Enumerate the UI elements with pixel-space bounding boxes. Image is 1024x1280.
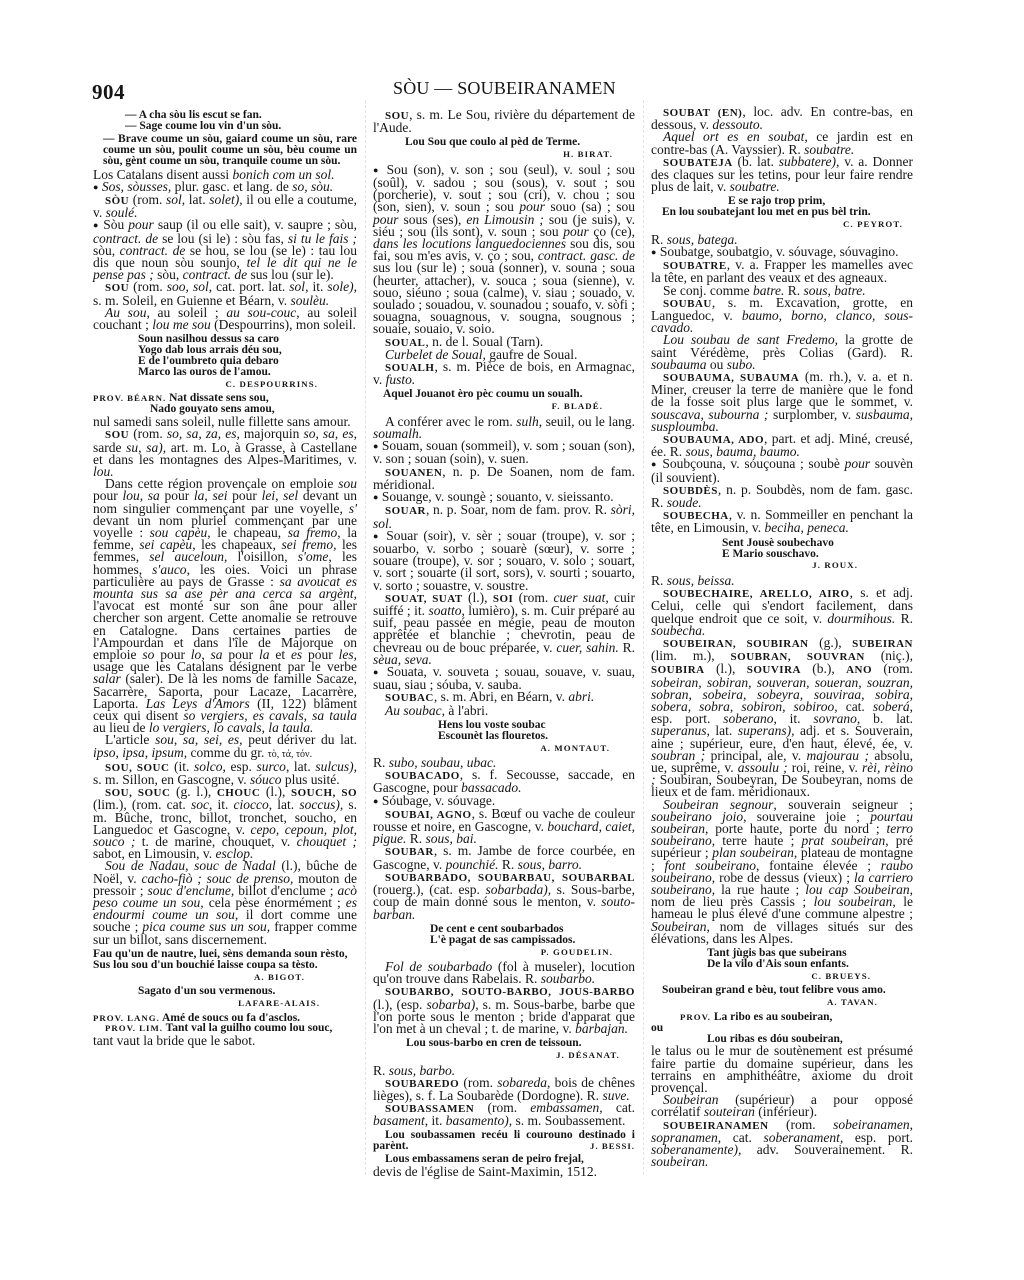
italic-text: basament	[373, 1113, 425, 1128]
bulleted-crossref: ● Soubçouna, v. sóuçouna ; soubè pour so…	[651, 458, 913, 483]
verse-line: Sus lou sou d'un bouchié laisse coupa sa…	[93, 960, 357, 971]
text-run: s. m. Soubassement.	[512, 1113, 625, 1128]
text-run: — Sage coume lou vin d'un sòu.	[125, 120, 281, 132]
small-caps-label: PROV. LANG.	[93, 1013, 160, 1023]
entry-paragraph: SOUBASSAMEN (rom. embassamen, cat. basam…	[373, 1102, 635, 1127]
text-run: , lat.	[182, 192, 209, 207]
entry-paragraph: SOUBATRE, v. a. Frapper les mamelles ave…	[651, 259, 913, 284]
italic-text: soubauma	[651, 357, 707, 372]
column-right: SOUBAT (EN), loc. adv. En contre-bas, en…	[651, 106, 913, 1168]
bullet-icon: ●	[373, 531, 381, 541]
entry-paragraph: Soubeiran (supérieur) a pour opposé corr…	[651, 1094, 913, 1118]
entry-paragraph: Soubeiran segnour, souverain seigneur ; …	[651, 799, 913, 945]
italic-text: barbajan.	[575, 1021, 628, 1036]
italic-text: beciha, peneca.	[764, 520, 848, 535]
italic-text: souteiran	[704, 1104, 755, 1119]
verse-line: PROV. La ribo es au soubeiran,	[651, 1012, 913, 1023]
verse-line: — Sage coume lou vin d'un sòu.	[93, 121, 357, 132]
entry-paragraph: SOUBAUMA, ADO, part. et adj. Miné, creus…	[651, 433, 913, 458]
quote-attribution: A. MONTAUT.	[373, 743, 635, 754]
text-run: , it.	[425, 1113, 446, 1128]
text-run: Souam, souan (sommeil), v. som ; souan (…	[373, 438, 635, 466]
bullet-icon: ●	[93, 182, 98, 192]
verse-quote: PROV. BÉARN. Nat dissate sens sou,Nado g…	[93, 393, 357, 415]
text-run: devis de l'église de Saint-Maximin, 1512…	[373, 1164, 597, 1179]
bulleted-crossref: ● Sòu pour saup (il ou elle sait), v. sa…	[93, 219, 357, 281]
italic-text: sous, barro.	[518, 857, 582, 872]
entry-paragraph: Aquel ort es en soubat, ce jardin est en…	[651, 131, 913, 155]
bullet-icon: ●	[651, 247, 656, 257]
text-run: Souata, v. souveta ; souau, souave, v. s…	[373, 664, 635, 692]
verse-quote: Lou sous-barbo en cren de teissoun.	[373, 1038, 635, 1049]
continuation-paragraph: devis de l'église de Saint-Maximin, 1512…	[373, 1166, 635, 1178]
entry-paragraph: SOUBEIRAN, SOUBIRAN (g.), SUBEIRAN (lim.…	[651, 637, 913, 799]
entry-paragraph: SOU, SOUC (it. solco, esp. surco, lat. s…	[93, 761, 357, 786]
verse-line: Soubeiran grand e bèu, tout felibre vous…	[651, 985, 913, 996]
bullet-icon: ●	[373, 441, 378, 451]
entry-paragraph: SOU, SOUC (g. l.), CHOUC (l.), SOUCH, SO…	[93, 786, 357, 860]
entry-paragraph: SOU (rom. so, sa, za, es, majorquin so, …	[93, 428, 357, 478]
italic-text: abri.	[568, 689, 594, 704]
text-run: R.	[406, 831, 425, 846]
italic-text: dourmihous.	[827, 611, 895, 626]
quote-paragraph: — Brave coume un sòu, gaiard coume un sò…	[93, 134, 357, 167]
quote-paragraph: Lou soubassamen recéu li courouno destin…	[373, 1130, 635, 1152]
italic-text: ipso, ipsa, ipsum,	[93, 745, 187, 760]
italic-text: sous, beissa.	[667, 573, 735, 588]
verse-quote: Hens lou voste soubacEscounèt las floure…	[373, 720, 635, 742]
small-caps-label: PROV.	[680, 1012, 711, 1022]
entry-paragraph: SOUBAI, AGNO, s. Bœuf ou vache de couleu…	[373, 808, 635, 846]
verse-line: Aquel Jouanot èro pèc coumu un soualh.	[373, 389, 635, 400]
text-run: Lou sous-barbo en cren de teissoun.	[406, 1037, 582, 1049]
entry-paragraph: SOUAR, n. p. Soar, nom de fam. prov. R. …	[373, 504, 635, 529]
quote-attribution: J. ROUX.	[651, 560, 913, 571]
italic-text: soubeiran.	[651, 1154, 708, 1169]
continuation-paragraph: tant vaut la bride que le sabot.	[93, 1035, 357, 1047]
quote-attribution: F. BLADÉ.	[373, 401, 635, 412]
italic-text: subo.	[727, 357, 756, 372]
italic-text: sulh	[516, 414, 539, 429]
page-number: 904	[92, 80, 125, 105]
text-run: adv. Souverainement. R.	[741, 1142, 913, 1157]
entry-paragraph: SOUBATEJA (b. lat. subbatere), v. a. Don…	[651, 156, 913, 194]
italic-text: fusto.	[386, 372, 416, 387]
bulleted-crossref: ● Souar (soir), v. sèr ; souar (troupe),…	[373, 530, 635, 592]
italic-text: soubatre.	[730, 179, 780, 194]
verse-quote: — A cha sòu lis escut se fan.— Sage coum…	[93, 110, 357, 132]
entry-paragraph: SOUBACADO, s. f. Secousse, saccade, en G…	[373, 769, 635, 794]
text-run: R.	[373, 755, 389, 770]
verse-quote: Aquel Jouanot èro pèc coumu un soualh.	[373, 389, 635, 400]
entry-paragraph: SOUBAU, s. m. Excavation, grotte, en Lan…	[651, 297, 913, 335]
text-run: , seuil, ou le lang.	[539, 414, 635, 429]
verse-quote: E se rajo trop prim,En lou soubatejant l…	[651, 196, 913, 218]
verse-line: Sagato d'un sou vermenous.	[93, 986, 357, 997]
entry-paragraph: SOUAT, SUAT (l.), SOI (rom. cuer suat, c…	[373, 592, 635, 666]
quote-attribution: H. BIRAT.	[373, 149, 635, 160]
text-run: Escounèt las flouretos.	[438, 730, 548, 742]
verse-quote: Fau qu'un de nautre, luei, sèns demanda …	[93, 949, 357, 971]
entry-paragraph: SOUALH, s. m. Pièce de bois, en Armagnac…	[373, 361, 635, 386]
column-rule	[365, 100, 366, 1175]
small-caps-label: PROV. BÉARN.	[93, 393, 166, 403]
column-middle: SOU, s. m. Le Sou, rivière du départemen…	[373, 109, 635, 1179]
entry-paragraph: SOUBAREDO (rom. sobareda, bois de chênes…	[373, 1077, 635, 1102]
text-run: Sus lou sou d'un bouchié laisse coupa sa…	[93, 959, 318, 971]
bullet-icon: ●	[373, 796, 378, 806]
text-run: , n. p. Soar, nom de fam. prov. R.	[426, 502, 611, 517]
italic-text: soubarbo.	[541, 971, 595, 986]
italic-text: sol	[166, 192, 182, 207]
text-run: R.	[498, 857, 517, 872]
italic-text: Au soubac	[385, 703, 442, 718]
verse-line: Marco las ouros de l'amou.	[93, 367, 357, 378]
entry-paragraph: SOUBAUMA, SUBAUMA (m. rh.), v. a. et n. …	[651, 371, 913, 433]
text-run: tant vaut la bride que le sabot.	[93, 1033, 255, 1048]
quote-attribution: A. TAVAN.	[651, 997, 913, 1008]
entry-paragraph: SOUBARBO, SOUTO-BARBO, JOUS-BARBO (l.), …	[373, 985, 635, 1035]
quote-attribution: C. BRUEYS.	[651, 971, 913, 982]
entry-paragraph: SÒU (rom. sol, lat. solet), il ou elle a…	[93, 194, 357, 219]
text-run: ou	[651, 1022, 663, 1034]
quote-attribution: LAFARE-ALAIS.	[93, 998, 357, 1009]
dictionary-page: 904 SÒU — SOUBEIRANAMEN — A cha sòu lis …	[0, 0, 1024, 1280]
entry-paragraph: SOUBECHA, v. n. Sommeiller en penchant l…	[651, 509, 913, 534]
verse-quote: Soubeiran grand e bèu, tout felibre vous…	[651, 985, 913, 996]
text-run: — Brave coume un sòu, gaiard coume un sò…	[103, 133, 357, 167]
text-run: R.	[895, 611, 913, 626]
italic-text: pounchié.	[446, 857, 499, 872]
text-run: , à l'abri.	[442, 703, 489, 718]
text-run: ou	[707, 357, 727, 372]
bulleted-crossref: ● Sou (son), v. son ; sou (seul), v. sou…	[373, 164, 635, 336]
entry-paragraph: SOUBARBADO, SOUBARBAU, SOUBARBAL (rouerg…	[373, 871, 635, 921]
text-run: Lou Sou que coulo al pèd de Terme.	[405, 136, 580, 148]
verse-line: Escounèt las flouretos.	[373, 731, 635, 742]
text-run: R.	[651, 573, 667, 588]
entry-paragraph: Fol de soubarbado (fol à museler), locut…	[373, 961, 635, 985]
bulleted-crossref: ● Souam, souan (sommeil), v. som ; souan…	[373, 440, 635, 465]
verse-line: Lou sous-barbo en cren de teissoun.	[373, 1038, 635, 1049]
column-left: — A cha sòu lis escut se fan.— Sage coum…	[93, 107, 357, 1048]
text-run: Marco las ouros de l'amou.	[138, 366, 271, 378]
quote-attribution: J. BESSI.	[590, 1141, 635, 1152]
text-run: , s. m. Le Sou, rivière du département d…	[373, 107, 635, 135]
entry-paragraph: SOUBAR, s. m. Jambe de force courbée, en…	[373, 845, 635, 870]
italic-text: sole),	[327, 279, 357, 294]
text-run: De la vilo d'Ais soun enfants.	[707, 958, 849, 970]
entry-paragraph: SOUANEN, n. p. De Soanen, nom de fam. mé…	[373, 466, 635, 491]
italic-text: soude.	[667, 495, 702, 510]
text-run: (Despourrins), mon soleil.	[211, 317, 356, 332]
italic-text: cuer, sahin.	[556, 640, 618, 655]
text-run: comme du gr.	[187, 745, 268, 760]
text-run: Soubeiran grand e bèu, tout felibre vous…	[662, 984, 886, 996]
bullet-icon: ●	[373, 667, 381, 677]
running-head: SÒU — SOUBEIRANAMEN	[393, 78, 616, 99]
text-run: (g.),	[809, 635, 853, 650]
bullet-icon: ●	[373, 492, 378, 502]
text-run: Aquel Jouanot èro pèc coumu un soualh.	[383, 388, 582, 400]
verse-line: E Mario souschavo.	[651, 549, 913, 560]
entry-paragraph: L'article sou, sa, sei, es, peut dériver…	[93, 734, 357, 760]
text-run: surplomber, v.	[768, 407, 855, 422]
text-run: En lou soubatejant lou met en pus bèl tr…	[662, 206, 871, 218]
verse-quote: Soun nasilhou dessus sa caroYogo dab lou…	[93, 334, 357, 378]
entry-paragraph: A conférer avec le rom. sulh, seuil, ou …	[373, 416, 635, 440]
entry-paragraph: Au soubac, à l'abri.	[373, 705, 635, 717]
entry-paragraph: SOUBDÈS, n. p. Soubdès, nom de fam. gasc…	[651, 484, 913, 509]
verse-quote: De cent e cent soubarbadosL'è pagat de s…	[373, 924, 635, 946]
verse-quote: PROV. La ribo es au soubeiran,ouLou riba…	[651, 1012, 913, 1045]
text-run: E Mario souschavo.	[722, 548, 819, 560]
quote-attribution: J. DÉSANAT.	[373, 1050, 635, 1061]
text-run: R.	[373, 1063, 389, 1078]
verse-line: Lou Sou que coulo al pèd de Terme.	[373, 137, 635, 148]
quote-attribution: C. DESPOURRINS.	[93, 379, 357, 390]
text-run: Soubiran, Soubeyran, De Soubeyran, noms …	[651, 772, 913, 799]
quote-attribution: P. GOUDELIN.	[373, 947, 635, 958]
entry-paragraph: SOUBAT (EN), loc. adv. En contre-bas, en…	[651, 106, 913, 131]
entry-paragraph: SOU (rom. soo, sol, cat. port. lat. sol,…	[93, 281, 357, 306]
quote-attribution: A. BIGOT.	[93, 972, 357, 983]
verse-quote: Tant jùgis bas que subeiransDe la vilo d…	[651, 948, 913, 970]
entry-paragraph: Dans cette région provençale on emploie …	[93, 478, 357, 734]
italic-text: soubecha.	[651, 623, 705, 638]
continuation-paragraph: le talus ou le mur de soutènement est pr…	[651, 1045, 913, 1094]
entry-paragraph: Lou soubau de sant Fredemo, la grotte de…	[651, 334, 913, 371]
verse-line: L'è pagat de sas campissados.	[373, 935, 635, 946]
text-run: le talus ou le mur de soutènement est pr…	[651, 1043, 913, 1095]
text-run: L'è pagat de sas campissados.	[430, 934, 575, 946]
verse-quote: Sagato d'un sou vermenous.	[93, 986, 357, 997]
italic-text: solet),	[209, 192, 242, 207]
text-run: Sagato d'un sou vermenous.	[138, 985, 275, 997]
verse-line: De la vilo d'Ais soun enfants.	[651, 959, 913, 970]
bullet-icon: ●	[373, 165, 381, 175]
entry-paragraph: Sou de Nadau, souc de Nadal (l.), bûche …	[93, 860, 357, 945]
italic-text: sous, barbo.	[389, 1063, 455, 1078]
bullet-icon: ●	[651, 459, 658, 469]
bullet-icon: ●	[93, 220, 99, 230]
verse-quote: Sent Jousè soubechavoE Mario souschavo.	[651, 538, 913, 560]
quote-attribution: C. PEYROT.	[651, 219, 913, 230]
verse-quote: PROV. LANG. Amé de soucs ou fa d'asclos.…	[93, 1013, 357, 1035]
entry-paragraph: SOUBEIRANAMEN (rom. sobeiranamen, sopran…	[651, 1119, 913, 1169]
italic-text: lou me sou	[152, 317, 211, 332]
entry-paragraph: Au sou, au soleil ; au sou-couc, au sole…	[93, 307, 357, 331]
italic-text: chouquet ;	[297, 834, 357, 849]
italic-text: basamento),	[446, 1113, 512, 1128]
entry-paragraph: SOU, s. m. Le Sou, rivière du départemen…	[373, 109, 635, 134]
small-caps-label: PROV. LIM.	[105, 1023, 163, 1033]
text-run: R.	[619, 640, 635, 655]
bulleted-crossref: ● Souata, v. souveta ; souau, souave, v.…	[373, 666, 635, 691]
text-run: sus lou (sur le) ; soua (sonner), v. sou…	[373, 260, 635, 336]
verse-line: En lou soubatejant lou met en pus bèl tr…	[651, 207, 913, 218]
entry-paragraph: SOUBECHAIRE, ARELLO, AIRO, s. et adj. Ce…	[651, 587, 913, 637]
text-run: Souar (soir), v. sèr ; souar (troupe), v…	[373, 528, 635, 593]
column-rule	[643, 100, 644, 1175]
verse-quote: Lou Sou que coulo al pèd de Terme.	[373, 137, 635, 148]
italic-text: pour	[845, 456, 871, 471]
text-run: La ribo es au soubeiran,	[711, 1011, 832, 1023]
